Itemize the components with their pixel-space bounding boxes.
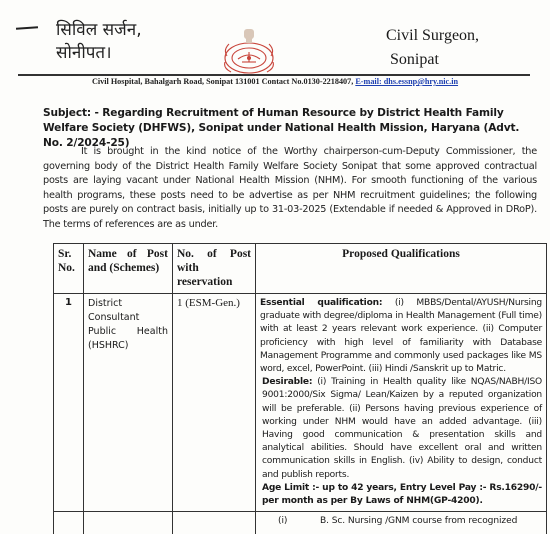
- row-post-name: District Consultant Public Health (HSHRC…: [84, 294, 173, 512]
- essential-label: Essential qualification:: [260, 298, 382, 308]
- post-name-line2: Public Health: [88, 325, 168, 339]
- hindi-location: सोनीपत।: [56, 42, 142, 65]
- row-post-name: [84, 512, 173, 534]
- header-post-count-line3: reservation: [177, 275, 251, 289]
- letterhead-hindi: सिविल सर्जन, सोनीपत।: [56, 19, 142, 65]
- header-post-name-line1: Name of Post: [88, 247, 168, 261]
- qualification-text: B. Sc. Nursing /GNM course from recogniz…: [320, 516, 517, 526]
- margin-mark: [16, 26, 38, 30]
- table-header-row: Sr. No. Name of Post and (Schemes) No. o…: [54, 244, 547, 294]
- haryana-govt-emblem-icon: [218, 26, 280, 76]
- post-name-line1: District Consultant: [88, 297, 168, 325]
- post-name-line3: (HSHRC): [88, 339, 168, 353]
- hindi-title: सिविल सर्जन,: [56, 19, 142, 42]
- letterhead-address: Civil Hospital, Bahalgarh Road, Sonipat …: [0, 77, 550, 86]
- desirable-text: (i) Training in Health quality like NQAS…: [262, 377, 542, 479]
- header-post-count-line1: No. of Post: [177, 247, 251, 261]
- letterhead-english: Civil Surgeon, Sonipat: [386, 24, 479, 72]
- desirable-label: Desirable:: [262, 377, 312, 387]
- row-sr-no: 1: [54, 294, 84, 512]
- essential-qualification: Essential qualification: (i) MBBS/Dental…: [260, 297, 542, 376]
- address-text: Civil Hospital, Bahalgarh Road, Sonipat …: [92, 77, 355, 86]
- email-link[interactable]: E-mail: dhs.essnp@hry.nic.in: [355, 77, 458, 86]
- body-paragraph: It is brought in the kind notice of the …: [43, 145, 537, 233]
- table-row: 1 District Consultant Public Health (HSH…: [54, 294, 547, 512]
- row-post-count: 1 (ESM-Gen.): [173, 294, 256, 512]
- english-title: Civil Surgeon,: [386, 24, 479, 48]
- header-post-count: No. of Post with reservation: [173, 244, 256, 294]
- body-text: It is brought in the kind notice of the …: [43, 146, 537, 230]
- header-qualifications: Proposed Qualifications: [256, 244, 547, 294]
- header-sr-no: Sr. No.: [54, 244, 84, 294]
- desirable-qualification: Desirable: (i) Training in Health qualit…: [260, 376, 542, 482]
- row-post-count: [173, 512, 256, 534]
- qualification-index: (i): [278, 515, 320, 528]
- row-qualifications: (i)B. Sc. Nursing /GNM course from recog…: [256, 512, 547, 534]
- letterhead-divider: [18, 74, 530, 76]
- age-limit: Age Limit :- up to 42 years, Entry Level…: [260, 482, 542, 508]
- english-location: Sonipat: [386, 48, 479, 72]
- header-post-name: Name of Post and (Schemes): [84, 244, 173, 294]
- row-qualifications: Essential qualification: (i) MBBS/Dental…: [256, 294, 547, 512]
- row-sr-no: [54, 512, 84, 534]
- table-row: (i)B. Sc. Nursing /GNM course from recog…: [54, 512, 547, 534]
- posts-table: Sr. No. Name of Post and (Schemes) No. o…: [53, 243, 547, 534]
- header-post-name-line2: and (Schemes): [88, 262, 159, 274]
- header-post-count-line2: with: [177, 261, 251, 275]
- essential-text: (i) MBBS/Dental/AYUSH/Nursing graduate w…: [260, 298, 542, 374]
- qualification-item: (i)B. Sc. Nursing /GNM course from recog…: [260, 515, 542, 528]
